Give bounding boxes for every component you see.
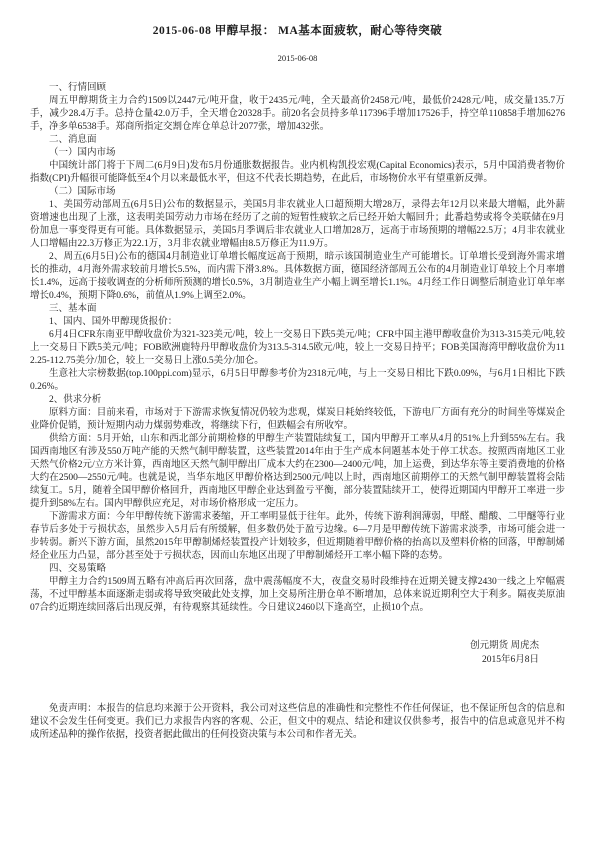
paragraph: 2、周五(6月5日)公布的德国4月制造业订单增长幅度远高于预期，暗示该国制造业生… <box>30 251 565 303</box>
paragraph: 周五甲醇期货主力合约1509以2447元/吨开盘，收于2435元/吨，全天最高价… <box>30 95 565 134</box>
report-date: 2015-06-08 <box>0 53 595 63</box>
paragraph: 原料方面：目前来看，市场对于下游需求恢复情况仍较为悲观，煤炭日耗始终较低，下游电… <box>30 407 565 433</box>
disclaimer-block: 免责声明：本报告的信息均来源于公开资料，我公司对这些信息的准确性和完整性不作任何… <box>0 703 595 742</box>
paragraph: 6月4日CFR东南亚甲醇收盘价为321-323美元/吨，较上一交易日下跌5美元/… <box>30 329 565 368</box>
paragraph: 一、行情回顾 <box>30 82 565 95</box>
paragraph: 1、国内、国外甲醇现货报价： <box>30 316 565 329</box>
paragraph: 1、美国劳动部周五(6月5日)公布的数据显示，美国5月非农就业人口超预期大增28… <box>30 199 565 251</box>
signature-block: 创元期货 周虎杰 2015年6月8日 <box>0 639 595 667</box>
signature-author: 创元期货 周虎杰 <box>0 639 539 653</box>
paragraph: 2、供求分析 <box>30 394 565 407</box>
paragraph: 二、消息面 <box>30 134 565 147</box>
paragraph: 生意社大宗榜数据(top.100ppi.com)显示，6月5日甲醇参考价为231… <box>30 368 565 394</box>
report-title: 2015-06-08 甲醇早报： MA基本面疲软，耐心等待突破 <box>0 0 595 38</box>
paragraph: 中国统计部门将于下周二(6月9日)发布5月份通胀数据报告。业内机构凯投宏观(Ca… <box>30 160 565 186</box>
signature-date: 2015年6月8日 <box>0 653 539 667</box>
paragraph: 三、基本面 <box>30 303 565 316</box>
report-page: 2015-06-08 甲醇早报： MA基本面疲软，耐心等待突破 2015-06-… <box>0 0 595 842</box>
paragraph: （二）国际市场 <box>30 186 565 199</box>
paragraph: 下游需求方面：今年甲醇传统下游需求萎缩，开工率明显低于往年。此外，传统下游利润薄… <box>30 511 565 563</box>
paragraph: 四、交易策略 <box>30 563 565 576</box>
disclaimer-text: 免责声明：本报告的信息均来源于公开资料，我公司对这些信息的准确性和完整性不作任何… <box>30 703 565 742</box>
paragraph: 甲醇主力合约1509周五略有冲高后再次回落，盘中震荡幅度不大，夜盘交易时段维持在… <box>30 576 565 615</box>
report-body: 一、行情回顾周五甲醇期货主力合约1509以2447元/吨开盘，收于2435元/吨… <box>0 82 595 615</box>
paragraph: （一）国内市场 <box>30 147 565 160</box>
paragraph: 供给方面：5月开始，山东和西北部分前期检修的甲醇生产装置陆续复工，国内甲醇开工率… <box>30 433 565 511</box>
